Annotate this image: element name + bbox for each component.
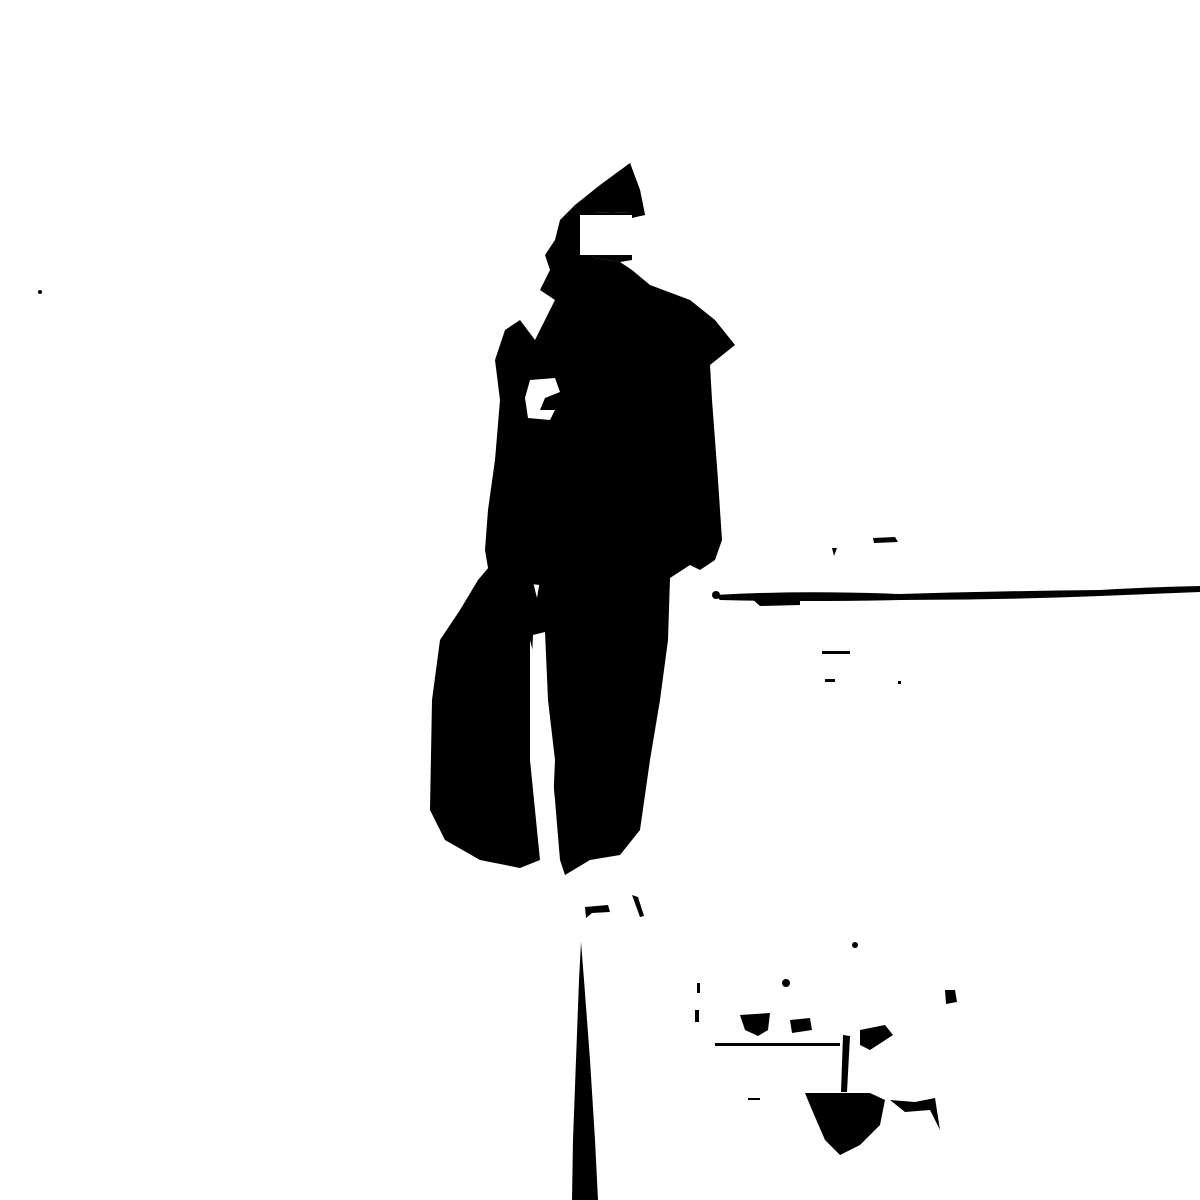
speck [38,290,42,294]
photo-scene [0,0,1200,1200]
